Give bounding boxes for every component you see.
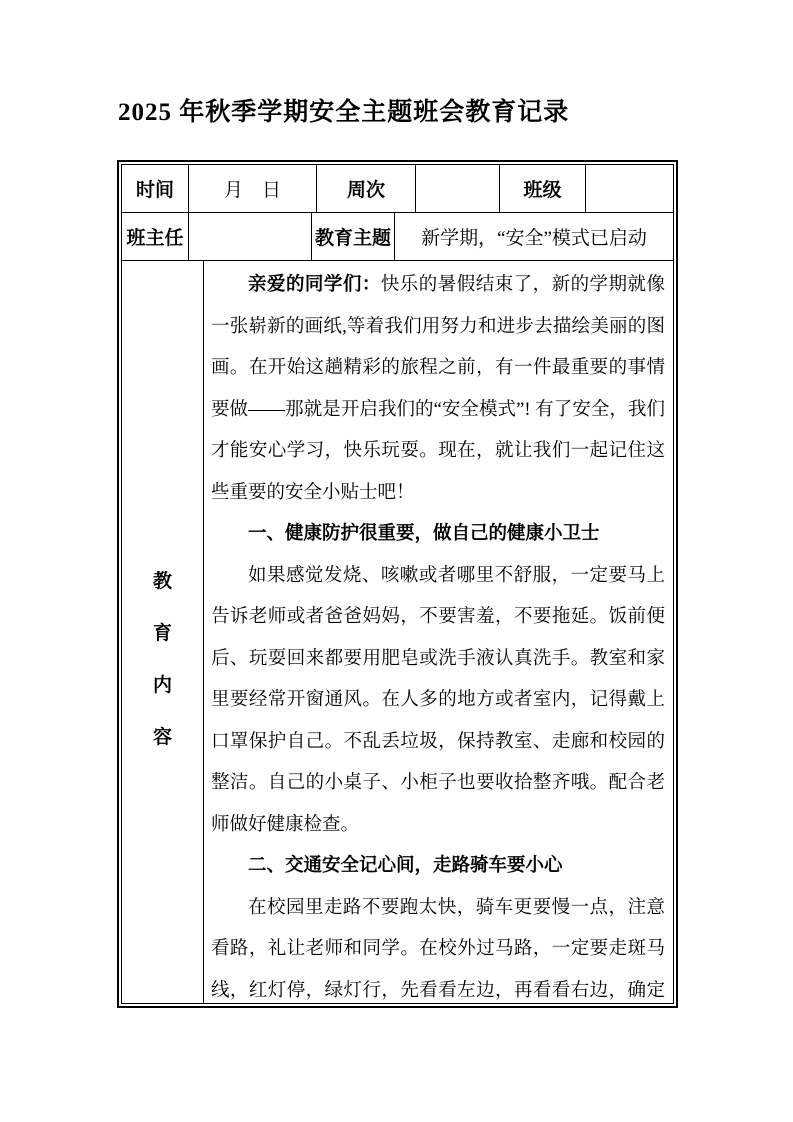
content-label-char: 教 [153, 566, 172, 593]
content-label: 教育内容 [122, 261, 204, 1003]
table-row-content: 教育内容 亲爱的同学们：快乐的暑假结束了，新的学期就像一张崭新的画纸,等着我们用… [122, 261, 673, 1003]
content-paragraph: 如果感觉发烧、咳嗽或者哪里不舒服，一定要马上告诉老师或者爸爸妈妈，不要害羞，不要… [211, 556, 665, 847]
content-area: 亲爱的同学们：快乐的暑假结束了，新的学期就像一张崭新的画纸,等着我们用努力和进步… [204, 261, 673, 1003]
class-label: 班级 [500, 165, 586, 212]
theme-value: 新学期，“安全”模式已启动 [395, 213, 673, 260]
content-heading: 二、交通安全记心间，走路骑车要小心 [211, 846, 665, 888]
content-label-char: 育 [153, 618, 172, 645]
time-value: 月 日 [189, 165, 317, 212]
content-blocks: 亲爱的同学们：快乐的暑假结束了，新的学期就像一张崭新的画纸,等着我们用努力和进步… [211, 265, 665, 1003]
theme-label: 教育主题 [312, 213, 395, 260]
content-heading: 一、健康防护很重要，做自己的健康小卫士 [211, 514, 665, 556]
table-row-teacher-theme: 班主任 教育主题 新学期，“安全”模式已启动 [122, 213, 673, 261]
record-table-grid: 时间 月 日 周次 班级 班主任 教育主题 新学期，“安全”模式已启动 教育内容… [121, 164, 674, 1004]
content-paragraph: 亲爱的同学们：快乐的暑假结束了，新的学期就像一张崭新的画纸,等着我们用努力和进步… [211, 265, 665, 514]
time-label: 时间 [122, 165, 189, 212]
content-paragraph: 在校园里走路不要跑太快，骑车更要慢一点，注意看路，礼让老师和同学。在校外过马路，… [211, 888, 665, 1004]
document-page: 2025 年秋季学期安全主题班会教育记录 时间 月 日 周次 班级 班主任 教育… [0, 0, 793, 1122]
content-label-char: 内 [153, 670, 172, 697]
week-label: 周次 [317, 165, 416, 212]
class-value [586, 165, 673, 212]
record-table: 时间 月 日 周次 班级 班主任 教育主题 新学期，“安全”模式已启动 教育内容… [117, 160, 678, 1008]
teacher-label: 班主任 [122, 213, 189, 260]
table-row-time: 时间 月 日 周次 班级 [122, 165, 673, 213]
week-value [416, 165, 500, 212]
content-label-char: 容 [153, 722, 172, 749]
paragraph-lead: 亲爱的同学们： [248, 275, 381, 295]
teacher-value [189, 213, 312, 260]
page-title: 2025 年秋季学期安全主题班会教育记录 [118, 92, 569, 128]
